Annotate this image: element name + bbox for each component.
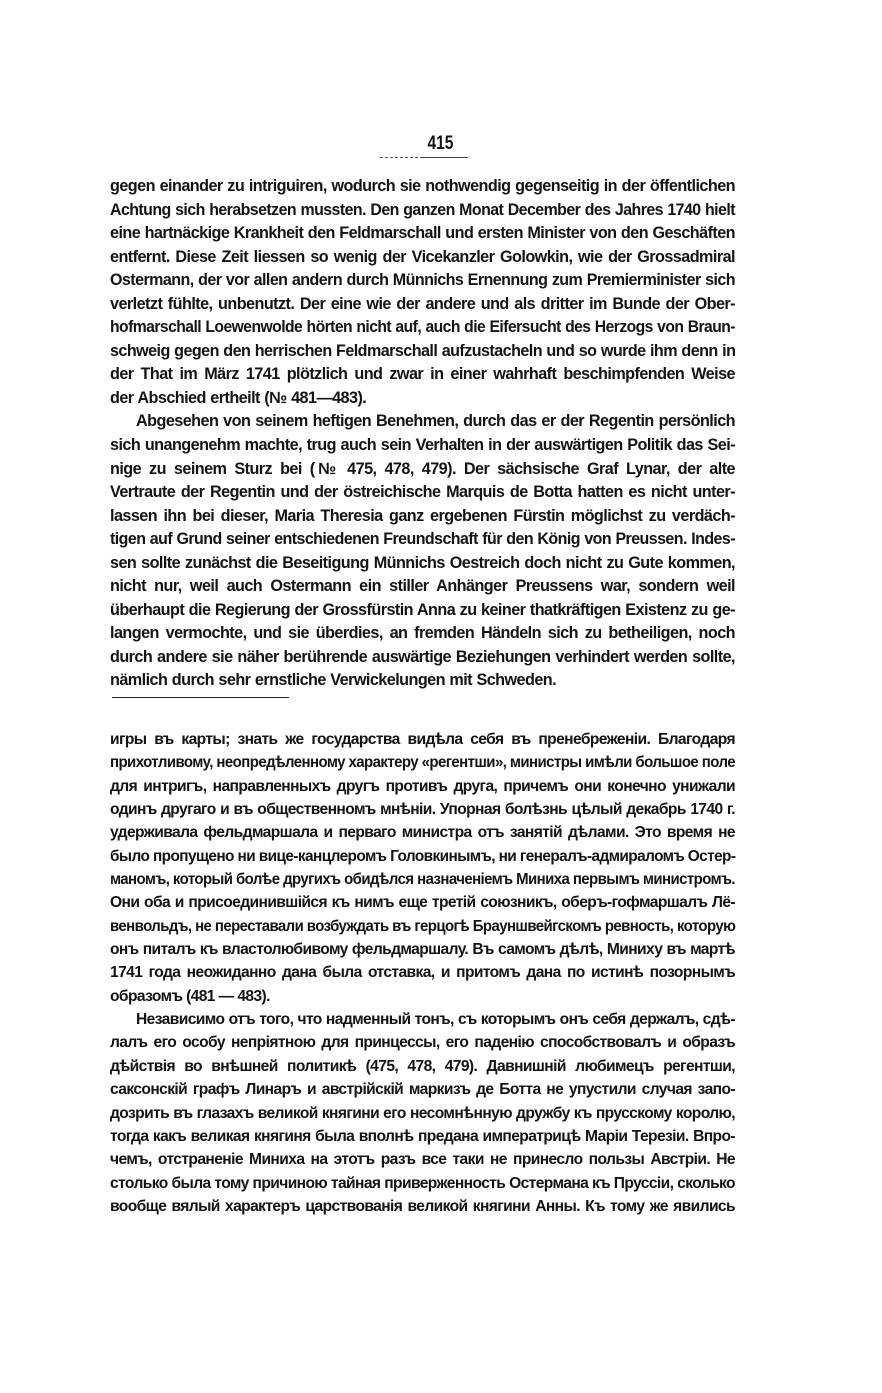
text-line: Независимо отъ того, что надменный тонъ,…	[110, 1008, 735, 1031]
text-line: hofmarschall Loewenwolde hörten nicht au…	[110, 316, 735, 340]
text-line: überhaupt die Regierung der Grossfürstin…	[110, 599, 735, 623]
text-line: одинъ другаго и въ общественномъ мнѣніи.…	[110, 798, 735, 821]
text-line: Ostermann, der vor allen andern durch Mü…	[110, 269, 735, 293]
text-line: вообще вялый характеръ царствованія вели…	[110, 1195, 735, 1218]
text-line: онъ питалъ къ властолюбивому фельдмаршал…	[110, 938, 735, 961]
text-line: саксонскій графъ Линаръ и австрійскій ма…	[110, 1078, 735, 1101]
text-line: lassen ihn bei dieser, Maria Theresia ga…	[110, 505, 735, 529]
german-text-block: gegen einander zu intriguiren, wodurch s…	[110, 175, 735, 693]
text-line: nicht nur, weil auch Ostermann ein still…	[110, 575, 735, 599]
text-line: sich unangenehm machte, trug auch sein V…	[110, 434, 735, 458]
text-line: Они оба и присоединившійся къ нимъ еще т…	[110, 891, 735, 914]
text-line: sen sollte zunächst die Beseitigung Münn…	[110, 552, 735, 576]
text-line: 1741 года неожиданно дана была отставка,…	[110, 961, 735, 984]
text-line: der Abschied ertheilt (№ 481—483).	[110, 387, 735, 411]
text-line: schweig gegen den herrischen Feldmarscha…	[110, 340, 735, 364]
text-line: было пропущено ни вице-канцлеромъ Головк…	[110, 845, 735, 868]
text-line: Achtung sich herabsetzen mussten. Den ga…	[110, 199, 735, 223]
text-line: дозрить въ глазахъ великой княгини его н…	[110, 1102, 735, 1125]
text-line: удерживала фельдмаршала и перваго минист…	[110, 821, 735, 844]
text-line: чемъ, отстраненіе Миниха на этотъ разъ в…	[110, 1148, 735, 1171]
text-line: Vertraute der Regentin und der östreichi…	[110, 481, 735, 505]
russian-text-block: игры въ карты; знать же государства видѣ…	[110, 728, 735, 1218]
text-line: лалъ его особу непріятною для принцессы,…	[110, 1031, 735, 1054]
text-line: венвольдъ, не переставали возбуждать въ …	[110, 915, 735, 938]
text-line: Abgesehen von seinem heftigen Benehmen, …	[110, 410, 735, 434]
page-number: 415	[79, 133, 802, 155]
text-line: для интригъ, направленныхъ другъ противъ…	[110, 775, 735, 798]
text-line: gegen einander zu intriguiren, wodurch s…	[110, 175, 735, 199]
text-line: тогда какъ великая княгиня была вполнѣ п…	[110, 1125, 735, 1148]
section-divider-rule	[112, 697, 289, 698]
text-line: образомъ (481 — 483).	[110, 985, 735, 1008]
text-line: tigen auf Grund seiner entschiedenen Fre…	[110, 528, 735, 552]
text-line: eine hartnäckige Krankheit den Feldmarsc…	[110, 222, 735, 246]
text-line: nämlich durch sehr ernstliche Verwickelu…	[110, 669, 735, 693]
text-line: langen vermochte, und sie überdies, an f…	[110, 622, 735, 646]
page-number-rule	[380, 157, 468, 158]
text-line: der That im März 1741 plötzlich und zwar…	[110, 363, 735, 387]
text-line: durch andere sie näher berührende auswär…	[110, 646, 735, 670]
text-line: столько была тому причиною тайная привер…	[110, 1172, 735, 1195]
text-line: прихотливому, неопредѣленному характеру …	[110, 751, 735, 774]
text-line: игры въ карты; знать же государства видѣ…	[110, 728, 735, 751]
text-line: nige zu seinem Sturz bei (№ 475, 478, 47…	[110, 458, 735, 482]
text-line: verletzt fühlte, unbenutzt. Der eine wie…	[110, 293, 735, 317]
text-line: маномъ, который болѣе другихъ обидѣлся н…	[110, 868, 735, 891]
text-line: entfernt. Diese Zeit liessen so wenig de…	[110, 246, 735, 270]
text-line: дѣйствія во внѣшней политикѣ (475, 478, …	[110, 1055, 735, 1078]
